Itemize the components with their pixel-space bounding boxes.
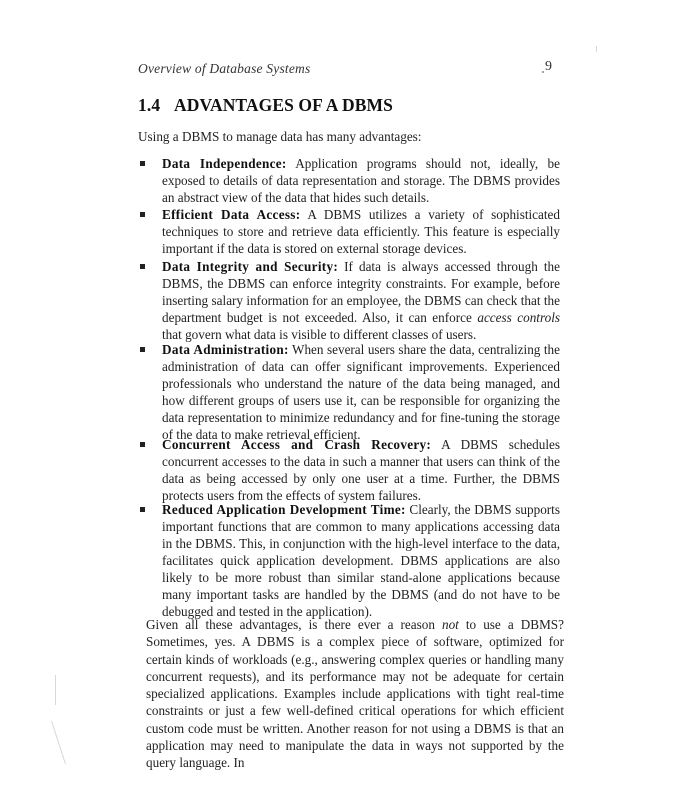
emphasis-text: access controls	[477, 310, 560, 325]
scan-artifact	[596, 46, 597, 52]
emphasis-text: not	[442, 617, 459, 632]
scan-speck	[542, 71, 544, 73]
advantage-item-data-independence: Data Independence: Application programs …	[140, 155, 560, 206]
advantage-term: Concurrent Access and Crash Recovery:	[162, 437, 431, 452]
advantage-item-concurrent-access: Concurrent Access and Crash Recovery: A …	[140, 436, 560, 504]
closing-paragraph: Given all these advantages, is there eve…	[146, 616, 564, 772]
intro-sentence: Using a DBMS to manage data has many adv…	[138, 129, 421, 145]
bullet-icon	[140, 347, 145, 352]
running-head: Overview of Database Systems	[138, 61, 310, 77]
section-title: ADVANTAGES OF A DBMS	[174, 95, 393, 115]
bullet-icon	[140, 264, 145, 269]
advantage-text: Clearly, the DBMS supports important fun…	[162, 502, 560, 619]
section-number: 1.4	[138, 95, 174, 116]
advantage-text-cont: that govern what data is visible to diff…	[162, 327, 476, 342]
section-heading: 1.4ADVANTAGES OF A DBMS	[138, 95, 393, 116]
advantage-term: Efficient Data Access:	[162, 207, 300, 222]
bullet-icon	[140, 507, 145, 512]
bullet-icon	[140, 442, 145, 447]
bullet-icon	[140, 161, 145, 166]
advantage-item-integrity-security: Data Integrity and Security: If data is …	[140, 258, 560, 343]
book-page: Overview of Database Systems 9 1.4ADVANT…	[0, 0, 680, 800]
advantage-text: When several users share the data, centr…	[162, 342, 560, 442]
advantage-item-efficient-access: Efficient Data Access: A DBMS utilizes a…	[140, 206, 560, 257]
advantage-term: Data Administration:	[162, 342, 289, 357]
advantage-term: Data Independence:	[162, 156, 287, 171]
advantage-term: Reduced Application Development Time:	[162, 502, 406, 517]
page-number: 9	[545, 59, 552, 75]
advantage-item-data-administration: Data Administration: When several users …	[140, 341, 560, 443]
advantage-term: Data Integrity and Security:	[162, 259, 338, 274]
advantage-item-reduced-dev-time: Reduced Application Development Time: Cl…	[140, 501, 560, 620]
scan-artifact	[51, 721, 66, 764]
scan-artifact	[55, 675, 56, 705]
bullet-icon	[140, 212, 145, 217]
